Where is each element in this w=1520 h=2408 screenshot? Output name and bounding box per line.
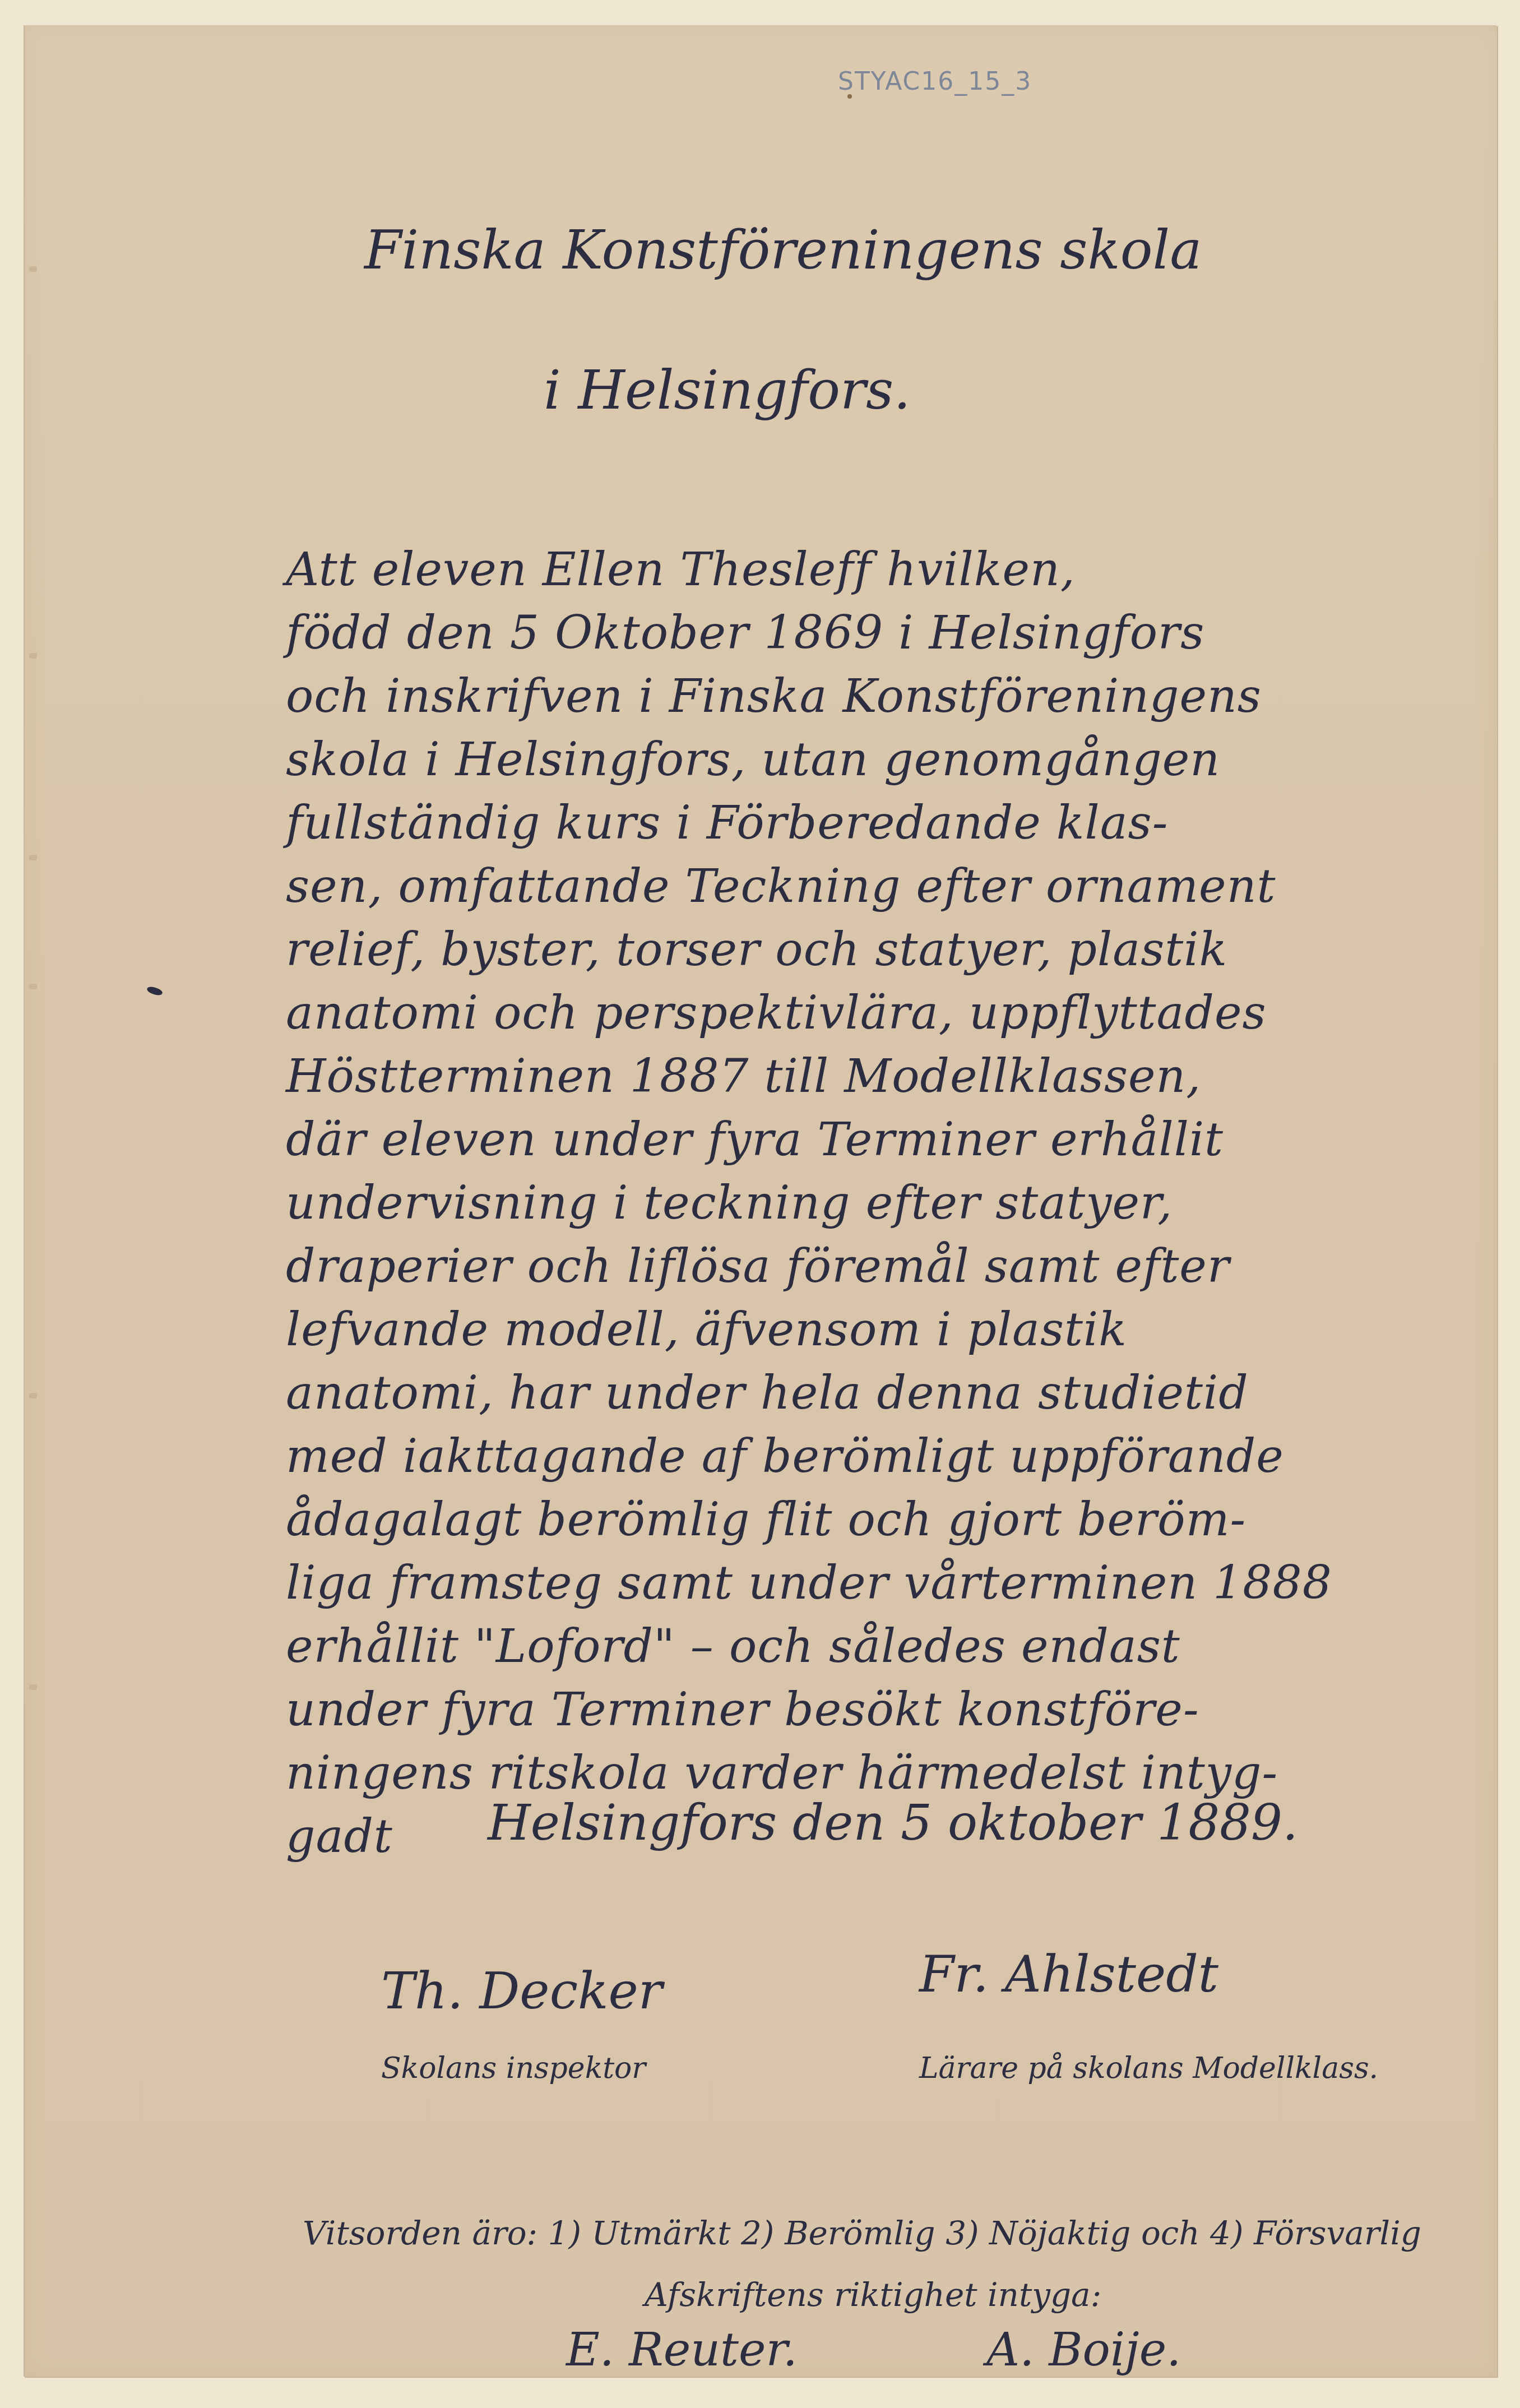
body-line: anatomi och perspektivlära, uppflyttades — [286, 981, 1491, 1045]
place-date: Helsingfors den 5 oktober 1889. — [488, 1794, 1298, 1851]
body-line: sen, omfattande Teckning efter ornament — [286, 855, 1491, 918]
archive-id: STYAC16_15_3 — [838, 67, 1032, 96]
body-line: undervisning i teckning efter statyer, — [286, 1171, 1491, 1235]
body-line: fullständig kurs i Förberedande klas- — [286, 791, 1491, 855]
body-line: skola i Helsingfors, utan genomgången — [286, 728, 1491, 791]
body-line: med iakttagande af berömligt uppförande — [286, 1425, 1491, 1488]
body-line: född den 5 Oktober 1869 i Helsingfors — [286, 601, 1491, 665]
signature-boije: A. Boije. — [986, 2323, 1181, 2377]
binding-hole — [29, 653, 37, 659]
signature-decker: Th. Decker — [381, 1962, 662, 2021]
body-line: lefvande modell, äfvensom i plastik — [286, 1298, 1491, 1362]
body-line: Höstterminen 1887 till Modellklassen, — [286, 1045, 1491, 1108]
document-subtitle: i Helsingfors. — [544, 359, 911, 422]
body-line: och inskrifven i Finska Konstföreningens — [286, 665, 1491, 728]
document-title: Finska Konstföreningens skola — [364, 219, 1202, 281]
body-line: draperier och liflösa föremål samt efter — [286, 1235, 1491, 1298]
attestation: Afskriftens riktighet intyga: — [645, 2276, 1101, 2314]
body-line: Att eleven Ellen Thesleff hvilken, — [286, 538, 1491, 601]
binding-hole — [29, 266, 37, 272]
role-ahlstedt: Lärare på skolans Modellklass. — [919, 2052, 1378, 2085]
binding-hole — [29, 1393, 37, 1399]
signature-ahlstedt: Fr. Ahlstedt — [919, 1945, 1218, 2004]
body-line: erhållit "Loford" – och således endast — [286, 1615, 1491, 1678]
certificate-body: Att eleven Ellen Thesleff hvilken, född … — [286, 538, 1491, 1868]
body-line: liga framsteg samt under vårterminen 188… — [286, 1552, 1491, 1615]
grades-note: Vitsorden äro: 1) Utmärkt 2) Berömlig 3)… — [303, 2214, 1421, 2252]
body-line: anatomi, har under hela denna studietid — [286, 1362, 1491, 1425]
binding-hole — [29, 1684, 37, 1690]
role-decker: Skolans inspektor — [381, 2052, 646, 2085]
body-line: relief, byster, torser och statyer, plas… — [286, 918, 1491, 981]
binding-hole — [29, 984, 37, 989]
signature-reuter: E. Reuter. — [566, 2323, 798, 2377]
body-line: under fyra Terminer besökt konstföre- — [286, 1678, 1491, 1742]
body-line: där eleven under fyra Terminer erhållit — [286, 1108, 1491, 1171]
body-line: ådagalagt berömlig flit och gjort beröm- — [286, 1488, 1491, 1552]
binding-hole — [29, 855, 37, 860]
